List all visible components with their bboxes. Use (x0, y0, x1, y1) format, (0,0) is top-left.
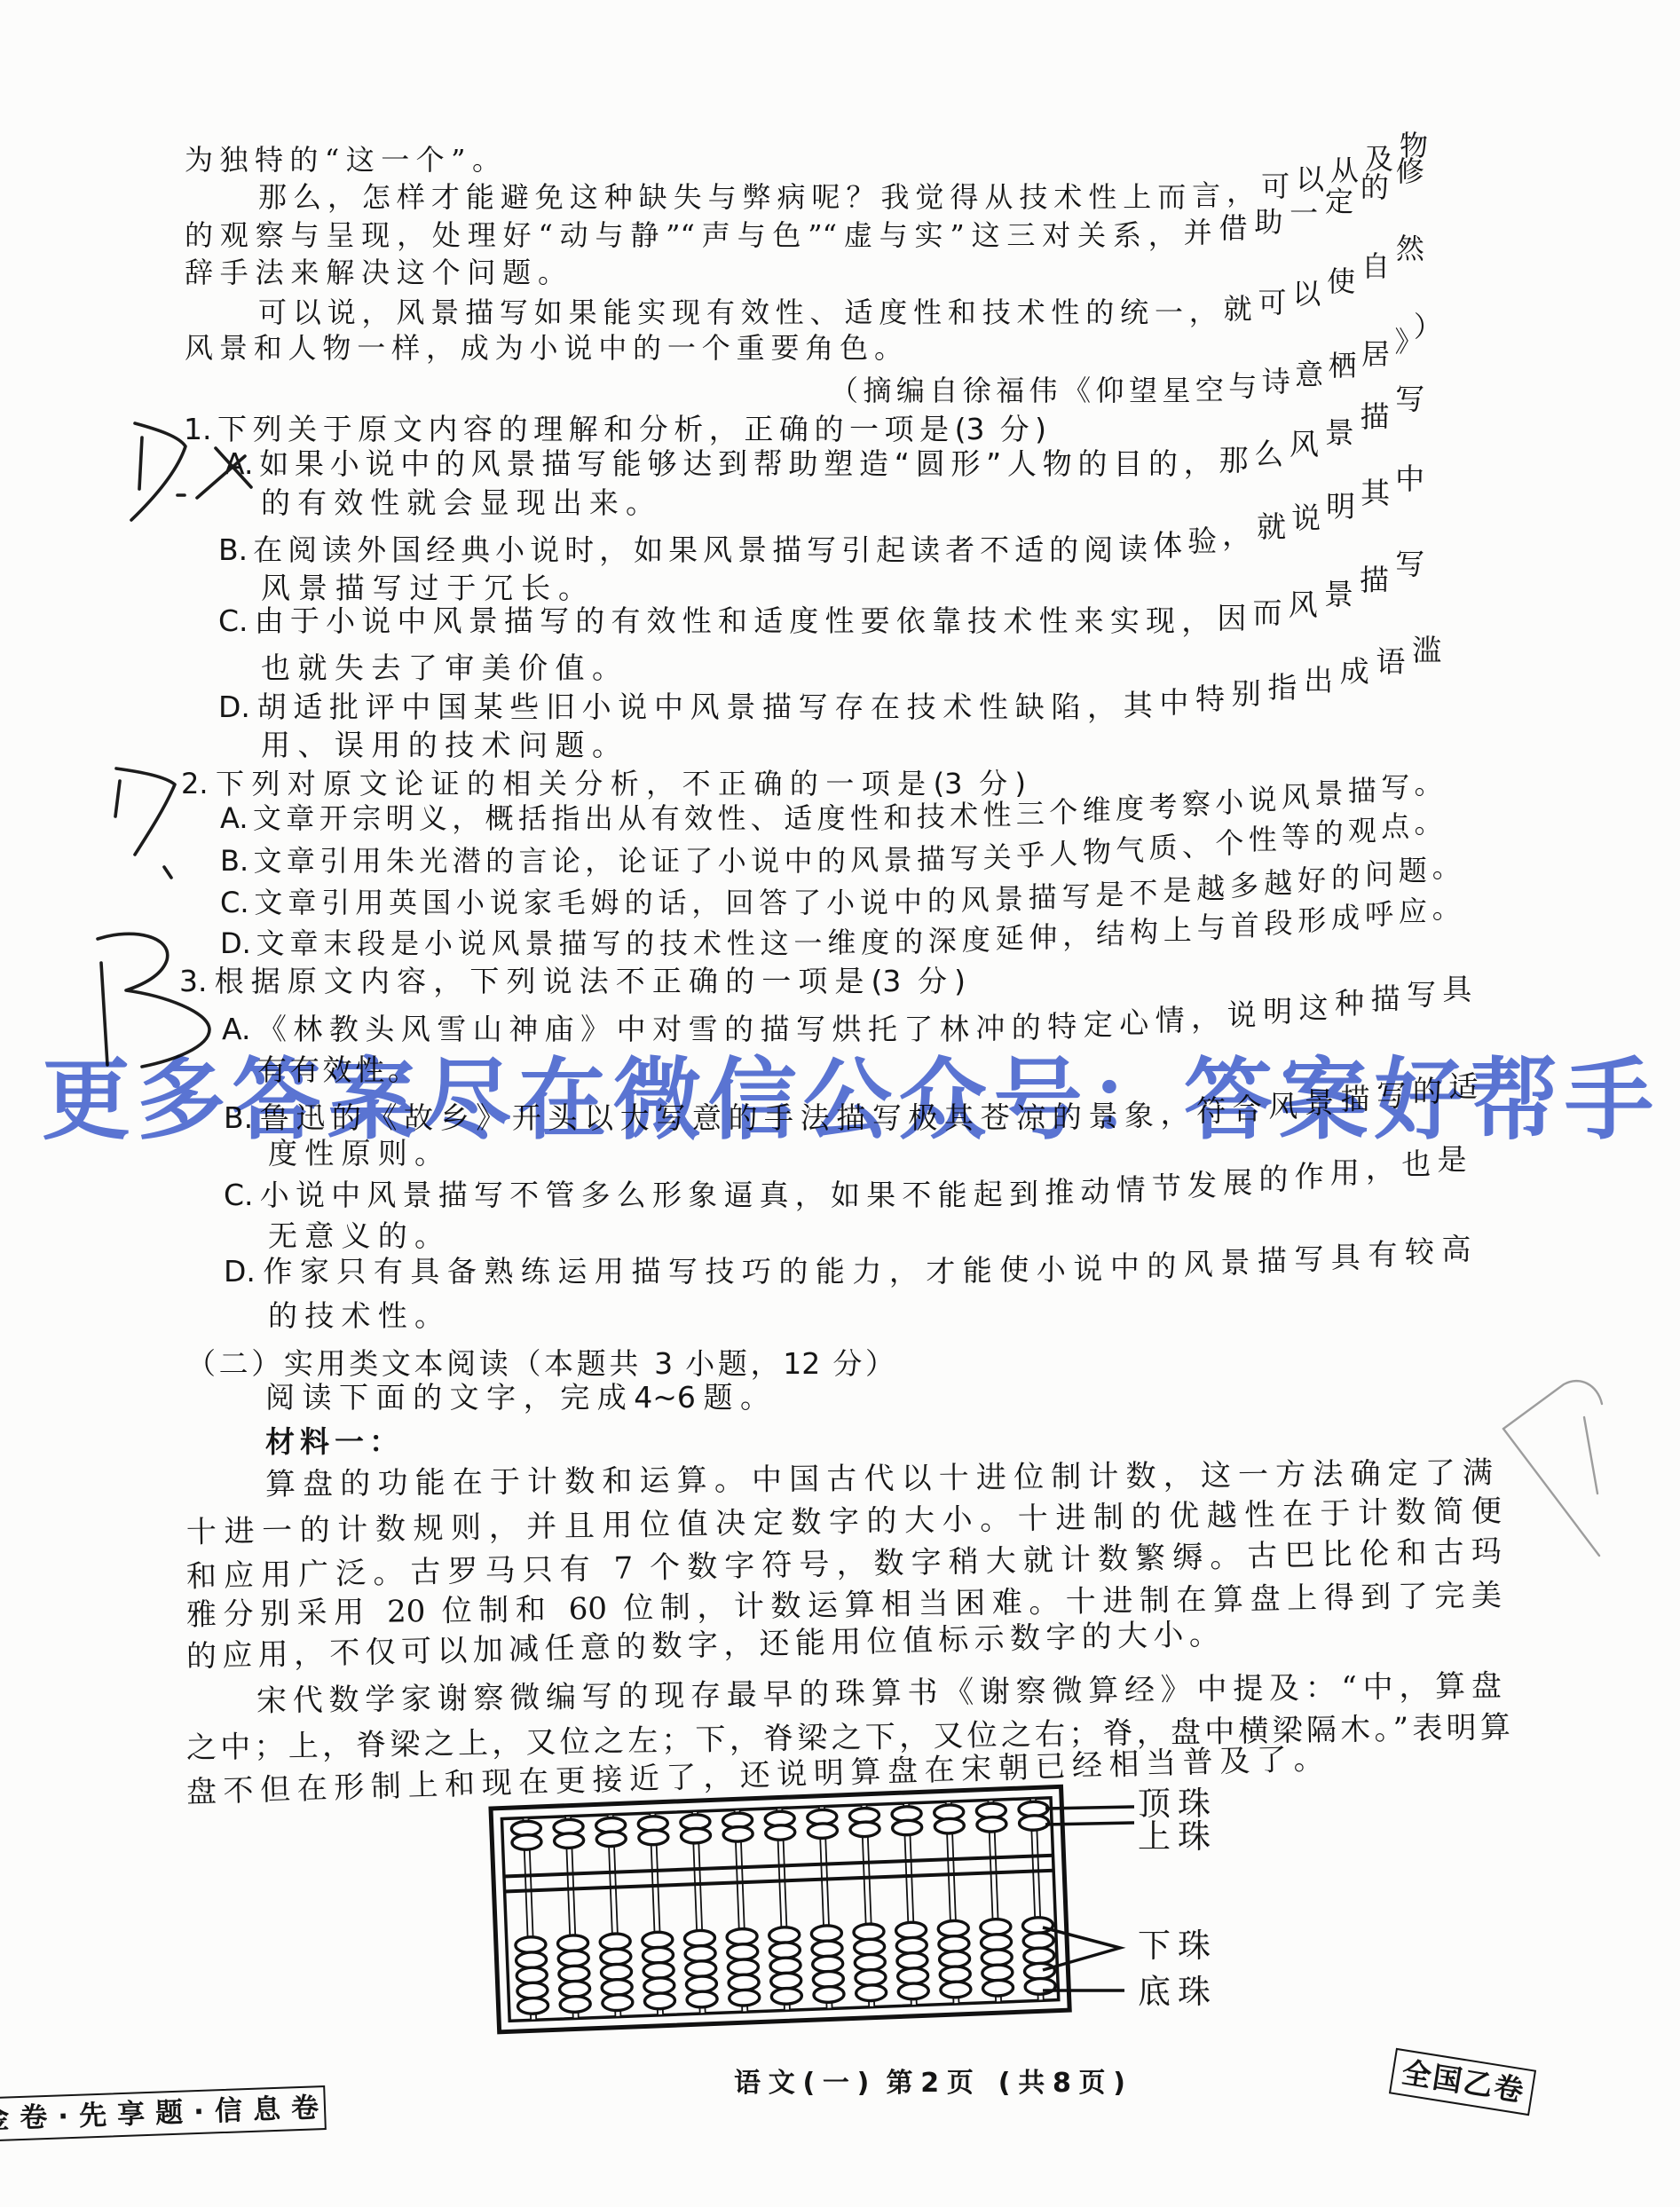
glyph: 实 (637, 296, 672, 329)
glyph: 技 (1019, 180, 1053, 214)
lower-bead (643, 1947, 674, 1964)
glyph: 别 (1232, 676, 1268, 711)
glyph: 的 (927, 884, 961, 918)
glyph: 性 (717, 801, 750, 835)
lower-bead (686, 1975, 717, 1992)
abacus-figure (479, 1770, 1145, 2045)
glyph: 人 (1050, 837, 1083, 871)
footer-region-box: 全国乙卷 (1389, 2048, 1536, 2116)
leader-line-top-bead (1045, 1807, 1134, 1809)
footer-series-box: 金卷·先享题·信息卷 (0, 2085, 327, 2142)
glyph: 首 (1231, 909, 1265, 942)
lower-bead (812, 1941, 843, 1958)
glyph: 的 (485, 844, 518, 878)
glyph: 引 (319, 844, 352, 878)
glyph: 章 (287, 844, 319, 878)
glyph: （ (830, 374, 863, 407)
glyph: 的 (1331, 861, 1365, 895)
glyph: 维 (827, 926, 861, 959)
glyph: 教 (329, 1012, 365, 1046)
glyph: 性 (727, 926, 761, 960)
upper-bead (1019, 1815, 1049, 1831)
option-letter: C. (220, 886, 249, 919)
question-1-option-a-cont: 的有效性就会显现出来。 (261, 485, 655, 521)
leader-line-lower-bead (1043, 1927, 1120, 1970)
glyph: 技 (705, 1254, 742, 1289)
glyph: 效 (647, 603, 682, 638)
lower-bead (560, 1996, 591, 2013)
glyph: 适 (784, 801, 816, 835)
passage-line: 辞手法来解决这个问题。 (185, 255, 566, 290)
glyph: 管 (545, 1178, 580, 1212)
upper-bead (723, 1826, 753, 1842)
glyph: 景 (525, 926, 559, 960)
glyph: 些 (509, 690, 546, 724)
glyph: 一 (1290, 196, 1325, 230)
glyph: 实 (915, 218, 950, 252)
glyph: 效 (684, 801, 717, 835)
glyph: 不 (902, 1178, 937, 1212)
question-1-option-a: A.如果小说中的风景描写能够达到帮助塑造“圆形”人物的目的，那么风景描写 (225, 446, 1424, 482)
glyph: 说 (365, 446, 400, 481)
glyph: 系 (1113, 218, 1148, 252)
upper-bead (765, 1825, 795, 1840)
lower-bead (643, 1977, 674, 1994)
glyph: 。 (1415, 767, 1443, 800)
lower-bead (854, 1939, 885, 1956)
glyph: 性 (979, 690, 1015, 724)
glyph: 小 (326, 603, 361, 638)
lower-bead (981, 1934, 1012, 1951)
glyph: 风 (1290, 427, 1325, 461)
glyph: 效 (741, 296, 776, 329)
glyph: 能 (963, 1253, 1000, 1288)
glyph: 真 (760, 1178, 795, 1212)
glyph: 是 (1095, 878, 1129, 911)
glyph: 中 (785, 844, 817, 878)
glyph: 的 (185, 218, 220, 252)
handwritten-answer-q1 (131, 423, 185, 520)
lower-bead (855, 1954, 886, 1971)
question-3-option-c-cont: 无意义的。 (268, 1218, 444, 1254)
glyph: 技 (659, 926, 693, 960)
glyph: 写 (540, 603, 575, 638)
glyph: 处 (432, 218, 468, 252)
pencil-check-mark (1503, 1381, 1602, 1556)
glyph: 是 (390, 926, 424, 960)
glyph: 开 (319, 801, 352, 835)
glyph: 现 (361, 218, 397, 252)
glyph: 指 (1267, 670, 1304, 705)
glyph: 景 (469, 603, 504, 638)
glyph: 摘 (863, 374, 895, 407)
lower-bead (600, 1933, 631, 1950)
glyph: 点 (1381, 809, 1414, 843)
glyph: 成 (1331, 901, 1365, 934)
glyph: 写 (1294, 1241, 1331, 1276)
glyph: ， (1189, 295, 1224, 328)
glyph: 么 (1254, 437, 1290, 471)
glyph: ， (1191, 1000, 1226, 1035)
option-letter: D. (218, 690, 250, 724)
glyph: 有 (706, 296, 741, 329)
glyph: 性 (824, 603, 860, 638)
glyph: 福 (996, 374, 1029, 407)
glyph: 小 (254, 1178, 296, 1212)
glyph: 得 (950, 180, 984, 214)
upper-bead (554, 1833, 584, 1848)
option-letter: A. (220, 801, 248, 835)
glyph: ， (599, 532, 634, 567)
glyph: 风 (492, 926, 525, 960)
glyph: 能 (816, 1254, 853, 1289)
glyph: 圆 (910, 446, 951, 481)
question-3-option-d: D.作家只有具备熟练运用描写技巧的能力，才能使小说中的风景描写具有较高 (224, 1254, 1471, 1289)
glyph: 风 (1289, 587, 1324, 622)
lower-bead (727, 1943, 758, 1960)
glyph: 而 (1253, 595, 1289, 630)
glyph: 关 (983, 840, 1016, 874)
lower-bead (939, 1935, 970, 1952)
lower-bead (812, 1956, 843, 1973)
glyph: ” (950, 218, 964, 252)
glyph: 烘 (832, 1012, 867, 1046)
lower-bead (981, 1919, 1012, 1935)
glyph: 察 (256, 218, 291, 252)
glyph: 与 (737, 218, 773, 252)
glyph: 一 (793, 926, 827, 960)
glyph: 呈 (326, 218, 361, 252)
glyph: 具 (1331, 1240, 1368, 1274)
glyph: 出 (585, 801, 618, 835)
glyph: 依 (896, 603, 932, 638)
glyph: “ (823, 218, 837, 252)
glyph: 《 (1062, 374, 1095, 407)
glyph: 了 (684, 844, 717, 878)
glyph: 个 (1049, 795, 1082, 829)
glyph: 庙 (545, 1012, 580, 1046)
lower-bead (940, 1966, 971, 1982)
glyph: 力 (852, 1254, 889, 1289)
glyph: 描 (1360, 399, 1395, 434)
glyph: 种 (604, 180, 639, 214)
glyph: 用 (1330, 1155, 1366, 1190)
glyph: 性 (1088, 180, 1123, 214)
glyph: 性 (1039, 603, 1075, 638)
question-3-stem: 3.根据原文内容，下列说法不正确的一项是(3 分) (179, 964, 966, 999)
glyph: 以 (293, 296, 327, 329)
glyph: 可 (258, 296, 293, 329)
glyph: 的 (436, 446, 471, 481)
glyph: 越 (1196, 871, 1230, 905)
glyph: 物 (1043, 446, 1078, 481)
glyph: 适 (753, 603, 789, 638)
glyph: 术 (1053, 180, 1088, 214)
glyph: 塑 (824, 446, 859, 481)
glyph: 论 (619, 844, 651, 878)
glyph: 徐 (963, 374, 996, 407)
glyph: 空 (1195, 373, 1228, 406)
glyph: 怎 (362, 180, 397, 214)
glyph: 潜 (453, 844, 485, 878)
glyph: 和 (883, 800, 916, 834)
glyph: 中 (1159, 685, 1195, 720)
glyph: 术 (1017, 296, 1052, 329)
glyph: 定 (1325, 185, 1361, 218)
glyph: 越 (1264, 866, 1297, 900)
glyph: 写 (592, 926, 626, 960)
glyph: 虚 (837, 218, 879, 252)
question-stem-text: 下列对原文论证的相关分析，不正确的一项是(3 分) (209, 767, 1026, 800)
question-number: 3. (179, 964, 208, 998)
glyph: 度 (789, 603, 824, 638)
glyph: 多 (1230, 869, 1264, 903)
glyph: 描 (762, 690, 799, 724)
glyph: 说 (490, 886, 524, 919)
glyph: 国 (438, 690, 474, 724)
glyph: 这 (761, 926, 794, 960)
glyph: 言 (1192, 178, 1226, 212)
glyph: 作 (256, 1254, 300, 1289)
lower-bead (603, 1994, 634, 2011)
glyph: 文 (251, 926, 290, 960)
glyph: 病 (777, 180, 812, 214)
glyph: 好 (503, 218, 539, 252)
glyph: 的 (626, 926, 659, 960)
question-1-option-c: C.由于小说中风景描写的有效性和适度性要依靠技术性来实现，因而风景描写 (218, 603, 1424, 639)
glyph: 与 (1197, 910, 1231, 944)
glyph: 说 (327, 296, 362, 329)
glyph: 的 (1147, 1249, 1184, 1283)
glyph: 巧 (742, 1254, 779, 1289)
glyph: 、 (1182, 829, 1215, 863)
lower-bead (813, 1971, 844, 1988)
passage-line: 那么，怎样才能避免这种缺失与弊病呢？我觉得从技术性上而言，可以从及物 (258, 179, 1428, 215)
glyph: 中 (894, 885, 927, 918)
glyph: 个 (1215, 826, 1248, 860)
glyph: 经 (426, 532, 461, 567)
glyph: 问 (1365, 857, 1399, 891)
glyph: 术 (943, 690, 979, 724)
glyph: 写 (577, 446, 612, 481)
glyph: 缺 (1015, 690, 1052, 724)
lower-bead (769, 1927, 800, 1943)
glyph: 明 (385, 801, 418, 835)
question-2-option-d: D.文章末段是小说风景描写的技术性这一维度的深度延伸，结构上与首段形成呼应。 (220, 926, 1461, 961)
glyph: 到 (1009, 1177, 1045, 1211)
lower-bead (517, 1982, 548, 1999)
glyph: 风 (396, 296, 430, 329)
lower-bead (727, 1928, 758, 1945)
glyph: 山 (473, 1012, 509, 1046)
glyph: 帮 (753, 446, 789, 481)
glyph: 才 (431, 180, 466, 214)
handwritten-answer-q2 (115, 769, 175, 878)
glyph: 读 (911, 532, 945, 567)
glyph: 其 (1124, 688, 1160, 722)
section-instruction: 阅读下面的文字，完成4~6题。 (265, 1380, 769, 1415)
glyph: 描 (1348, 774, 1381, 808)
glyph: 如 (253, 446, 295, 481)
glyph: 望 (1129, 374, 1162, 407)
glyph: 小 (330, 446, 366, 481)
glyph: 概 (485, 801, 518, 835)
lower-bead (941, 1982, 972, 1998)
glyph: 明 (1326, 489, 1361, 524)
glyph: 写 (1395, 382, 1424, 416)
glyph: 姆 (591, 886, 625, 919)
glyph: 证 (651, 844, 684, 878)
glyph: 景 (884, 843, 917, 877)
glyph: 形 (1297, 903, 1331, 937)
glyph: 在 (871, 690, 907, 724)
lower-bead (771, 1988, 802, 2005)
lower-bead (1024, 1963, 1055, 1980)
glyph: 观 (220, 218, 256, 252)
lower-bead (1023, 1932, 1054, 1949)
glyph: 这 (965, 218, 1007, 252)
label-upper-bead: 上珠 (1138, 1817, 1211, 1856)
lower-bead (769, 1942, 801, 1959)
glyph: 观 (1348, 814, 1381, 847)
glyph: 的 (1077, 446, 1113, 481)
glyph: 是 (1163, 873, 1196, 907)
glyph: 较 (1405, 1234, 1442, 1269)
glyph: 作 (1295, 1159, 1330, 1194)
glyph: 物 (1083, 835, 1116, 869)
glyph: 说 (860, 886, 894, 919)
glyph: 义 (419, 801, 452, 835)
glyph: 引 (321, 886, 355, 919)
passage-line: 的观察与呈现，处理好“动与静”“声与色”“虚与实”这三对关系，并借助一定的修 (185, 217, 1424, 253)
glyph: 冲 (975, 1011, 1011, 1045)
glyph: 现 (672, 296, 706, 329)
glyph: ， (1222, 517, 1257, 552)
glyph: 朱 (386, 844, 419, 878)
glyph: 的 (1361, 170, 1396, 204)
glyph: 中 (1110, 1249, 1148, 1284)
glyph: 神 (509, 1012, 544, 1046)
glyph: 能 (938, 1178, 974, 1212)
upper-bead (977, 1817, 1007, 1833)
lower-bead (558, 1950, 589, 1967)
glyph: 滥 (1412, 633, 1441, 667)
glyph: ， (452, 801, 485, 835)
glyph: 乎 (1016, 839, 1049, 872)
glyph: 到 (718, 446, 753, 481)
glyph: 毛 (557, 886, 591, 919)
question-1-option-d-cont: 用、误用的技术问题。 (261, 728, 621, 763)
glyph: 现 (1146, 603, 1181, 638)
glyph: 人 (1001, 446, 1043, 481)
glyph: 描 (761, 1012, 796, 1046)
glyph: 理 (468, 218, 503, 252)
glyph: 存 (834, 690, 871, 724)
glyph: 有 (374, 1254, 411, 1289)
glyph: 风 (703, 532, 737, 567)
glyph: ， (1148, 218, 1184, 252)
glyph: 情 (1155, 1003, 1191, 1037)
glyph: 文 (248, 844, 287, 878)
upper-bead (596, 1831, 627, 1847)
glyph: 与 (291, 218, 327, 252)
glyph: 靠 (932, 603, 967, 638)
glyph: 技 (907, 690, 943, 724)
glyph: 描 (541, 446, 577, 481)
glyph: ） (1414, 310, 1442, 343)
glyph: 声 (695, 218, 737, 252)
glyph: ” (666, 218, 680, 252)
glyph: 用 (353, 844, 386, 878)
section-heading: （二）实用类文本阅读（本题共 3 小题，12 分） (186, 1346, 895, 1382)
glyph: 延 (996, 921, 1029, 955)
glyph: 》 (1394, 325, 1413, 359)
glyph: 够 (647, 446, 682, 481)
glyph: 具 (1442, 972, 1471, 1006)
glyph: 技 (917, 800, 950, 833)
glyph: ” (986, 446, 1001, 481)
lower-bead (601, 1949, 632, 1966)
glyph: 景 (1314, 776, 1347, 810)
glyph: 外 (357, 532, 391, 567)
glyph: 国 (391, 532, 426, 567)
glyph: 写 (807, 532, 841, 567)
glyph: 的 (1148, 446, 1184, 481)
glyph: 栖 (1329, 349, 1361, 382)
glyph: 景 (403, 1178, 438, 1212)
glyph: 种 (1335, 986, 1370, 1021)
glyph: 景 (1220, 1245, 1258, 1280)
glyph: 小 (1215, 785, 1248, 819)
glyph: 出 (1304, 663, 1340, 698)
lower-bead (728, 1959, 759, 1975)
glyph: ， (327, 180, 362, 214)
lower-bead (602, 1979, 633, 1996)
glyph: 多 (581, 1178, 617, 1212)
glyph: 上 (1123, 180, 1157, 214)
glyph: 伸 (1029, 920, 1062, 954)
glyph: 适 (844, 296, 879, 329)
glyph: 中 (654, 690, 690, 724)
glyph: 练 (521, 1254, 558, 1289)
lower-bead (685, 1960, 716, 1977)
glyph: 只 (336, 1254, 374, 1289)
glyph: 术 (1003, 603, 1038, 638)
option-letter: A. (222, 1012, 250, 1046)
glyph: 时 (564, 532, 599, 567)
glyph: 风 (401, 1012, 437, 1046)
glyph: ， (795, 1178, 831, 1212)
glyph: ， (1181, 603, 1217, 638)
glyph: 。 (1432, 850, 1461, 884)
glyph: 旧 (546, 690, 582, 724)
lower-bead (939, 1951, 970, 1967)
glyph: 自 (1361, 249, 1396, 283)
glyph: 不 (1129, 876, 1163, 910)
glyph: 文 (249, 886, 288, 919)
glyph: 林 (940, 1012, 975, 1046)
glyph: 度 (861, 926, 895, 959)
glyph: 有 (1368, 1237, 1405, 1272)
glyph: 景 (430, 296, 465, 329)
glyph: 质 (1149, 831, 1182, 864)
glyph: 关 (1077, 218, 1113, 252)
question-stem-text: 下列关于原文内容的理解和分析，正确的一项是(3 分) (212, 412, 1047, 446)
glyph: 与 (708, 180, 743, 214)
passage-line: 风景和人物一样，成为小说中的一个重要角色。 (185, 330, 903, 366)
lower-bead (516, 1951, 547, 1968)
glyph: 上 (1163, 913, 1197, 947)
